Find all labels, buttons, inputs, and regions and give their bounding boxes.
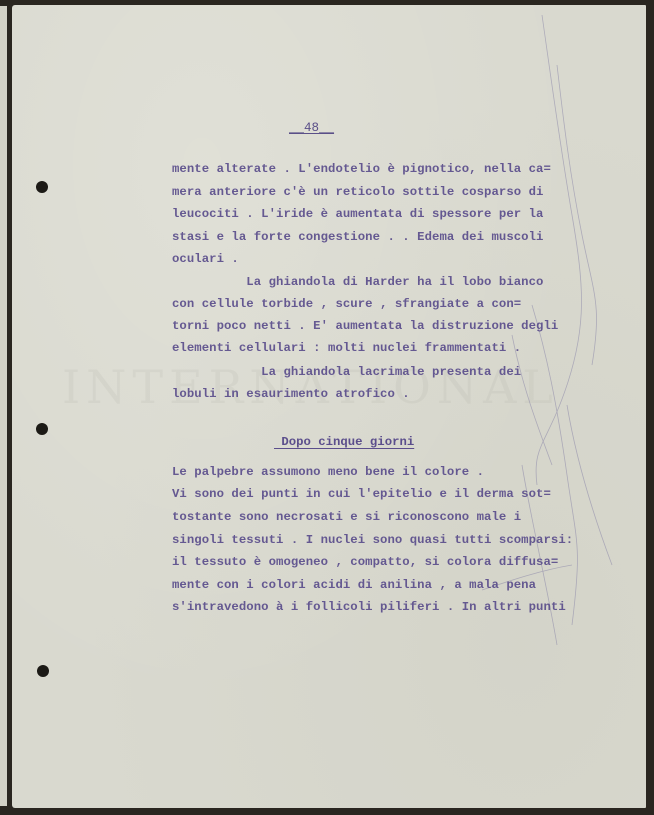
text-line: Le palpebre assumono meno bene il colore… xyxy=(172,465,484,479)
previous-page-edge xyxy=(0,6,7,806)
text-line: singoli tessuti . I nuclei sono quasi tu… xyxy=(172,533,573,547)
punch-hole xyxy=(37,665,49,677)
punch-hole xyxy=(36,423,48,435)
page-number-value: 48 xyxy=(304,121,319,135)
page-number: __48__ xyxy=(289,121,334,135)
text-line: elementi cellulari : molti nuclei framme… xyxy=(172,341,521,355)
text-line: torni poco netti . E' aumentata la distr… xyxy=(172,319,558,333)
text-line: s'intravedono à i follicoli piliferi . I… xyxy=(172,600,566,614)
text-line: stasi e la forte congestione . . Edema d… xyxy=(172,230,543,244)
text-line: con cellule torbide , scure , sfrangiate… xyxy=(172,297,521,311)
text-line: Vi sono dei punti in cui l'epitelio e il… xyxy=(172,487,551,501)
text-line: tostante sono necrosati e si riconoscono… xyxy=(172,510,521,524)
text-line: lobuli in esaurimento atrofico . xyxy=(172,387,410,401)
text-line: oculari . xyxy=(172,252,239,266)
section-heading: Dopo cinque giorni xyxy=(274,435,414,449)
text-line: mente con i colori acidi di anilina , a … xyxy=(172,578,536,592)
punch-hole xyxy=(36,181,48,193)
text-line: La ghiandola lacrimale presenta dei xyxy=(172,365,521,379)
document-page: INTERNATIONAL __48__ mente alterate . L'… xyxy=(12,5,646,808)
text-line: leucociti . L'iride è aumentata di spess… xyxy=(172,207,543,221)
text-line: mera anteriore c'è un reticolo sottile c… xyxy=(172,185,543,199)
text-line: La ghiandola di Harder ha il lobo bianco xyxy=(172,275,543,289)
text-line: il tessuto è omogeneo , compatto, si col… xyxy=(172,555,558,569)
text-line: mente alterate . L'endotelio è pignotico… xyxy=(172,162,551,176)
